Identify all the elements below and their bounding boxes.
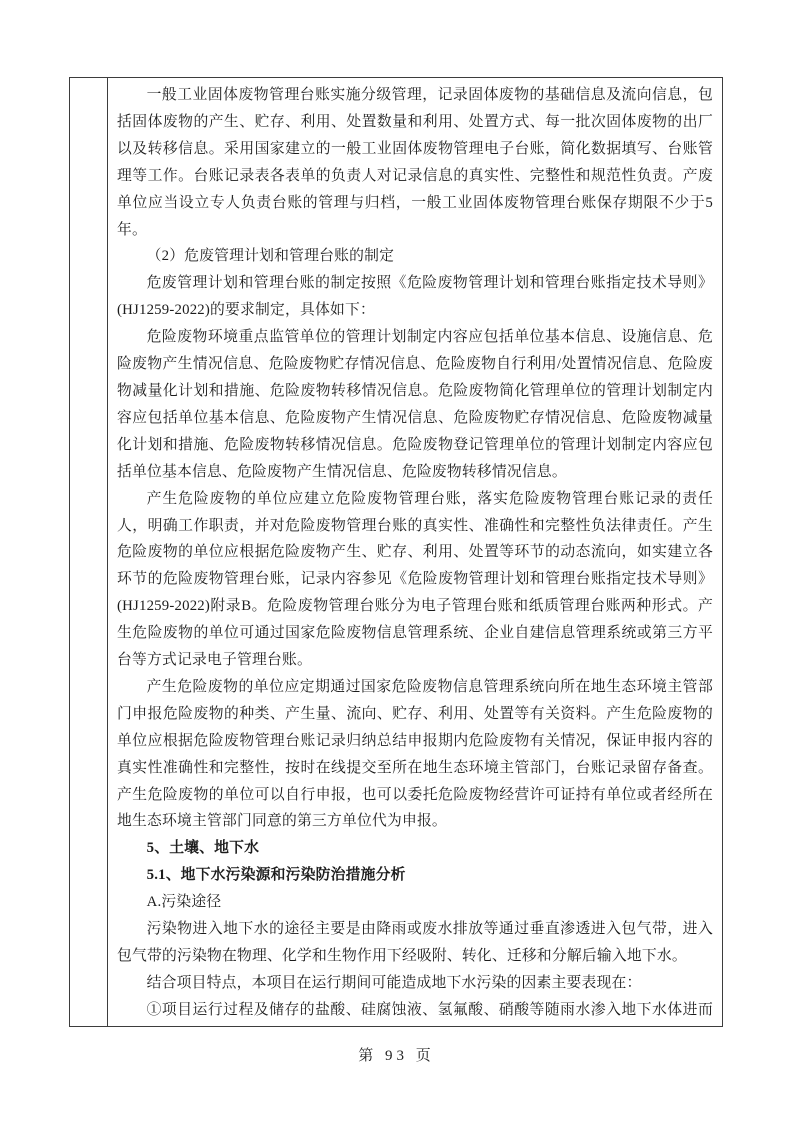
paragraph-hw-ledger-duty: 产生危险废物的单位应建立危险废物管理台账，落实危险废物管理台账记录的责任人，明确… — [117, 486, 713, 674]
table-stub-column — [70, 78, 108, 1026]
paragraph-solid-waste-ledger: 一般工业固体废物管理台账实施分级管理，记录固体废物的基础信息及流向信息，包括固体… — [117, 82, 713, 243]
paragraph-hw-declaration: 产生危险废物的单位应定期通过国家危险废物信息管理系统向所在地生态环境主管部门申报… — [117, 674, 713, 835]
paragraph-hw-plan-basis: 危废管理计划和管理台账的制定按照《危险废物管理计划和管理台账指定技术导则》(HJ… — [117, 270, 713, 324]
content-table: 一般工业固体废物管理台账实施分级管理，记录固体废物的基础信息及流向信息，包括固体… — [69, 77, 723, 1027]
table-content-cell: 一般工业固体废物管理台账实施分级管理，记录固体废物的基础信息及流向信息，包括固体… — [108, 78, 722, 1026]
paragraph-pollution-factors-intro: 结合项目特点，本项目在运行期间可能造成地下水污染的因素主要表现在： — [117, 970, 713, 997]
subheading-pollution-pathway: A.污染途径 — [117, 889, 713, 916]
page-number: 第 93 页 — [0, 1044, 793, 1065]
paragraph-hw-plan-heading: （2）危废管理计划和管理台账的制定 — [117, 243, 713, 270]
paragraph-pathway-description: 污染物进入地下水的途径主要是由降雨或废水排放等通过垂直渗透进入包气带，进入包气带… — [117, 916, 713, 970]
paragraph-factor-1: ①项目运行过程及储存的盐酸、硅腐蚀液、氢氟酸、硝酸等随雨水渗入地下水体进而污染地… — [117, 997, 713, 1026]
paragraph-hw-plan-content: 危险废物环境重点监管单位的管理计划制定内容应包括单位基本信息、设施信息、危险废物… — [117, 324, 713, 485]
heading-soil-groundwater: 5、土壤、地下水 — [117, 835, 713, 862]
document-page: 一般工业固体废物管理台账实施分级管理，记录固体废物的基础信息及流向信息，包括固体… — [0, 0, 793, 1122]
heading-groundwater-analysis: 5.1、地下水污染源和污染防治措施分析 — [117, 862, 713, 889]
